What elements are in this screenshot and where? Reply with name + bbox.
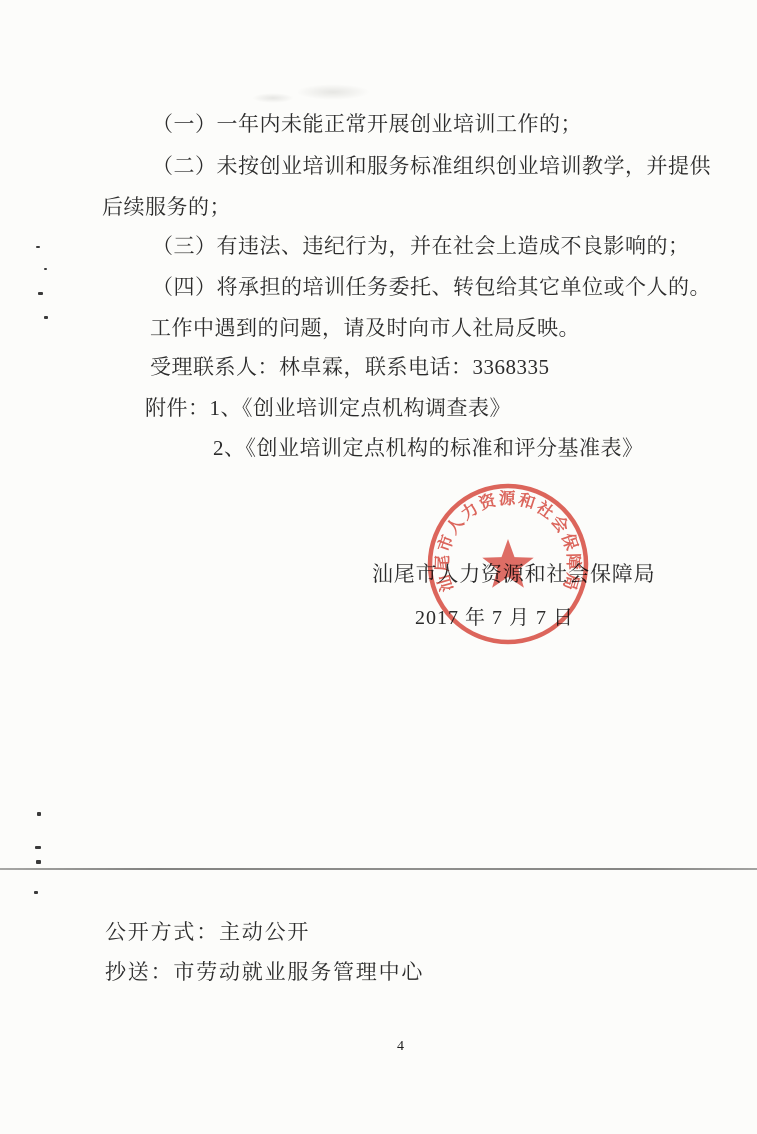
scan-smudge xyxy=(296,84,370,100)
scan-artifact-dot xyxy=(37,812,41,816)
body-line-attachment-1: 附件：1、《创业培训定点机构调查表》 xyxy=(145,395,511,421)
body-line-item-3: （三）有违法、违纪行为，并在社会上造成不良影响的； xyxy=(152,233,690,259)
page-number: 4 xyxy=(397,1039,404,1055)
scan-smudge xyxy=(252,93,294,103)
scan-artifact-dot xyxy=(34,891,38,894)
body-line-item-2: （二）未按创业培训和服务标准组织创业培训教学，并提供 xyxy=(152,153,711,179)
signature-date: 2017 年 7 月 7 日 xyxy=(415,601,574,630)
scan-artifact-dot xyxy=(44,316,48,319)
body-line-item-2-cont: 后续服务的； xyxy=(102,194,231,220)
signature-organization: 汕尾市人力资源和社会保障局 xyxy=(372,558,655,588)
footer-cc-line: 抄送：市劳动就业服务管理中心 xyxy=(105,956,424,986)
scan-artifact-dot xyxy=(35,846,41,849)
body-line-item-4: （四）将承担的培训任务委托、转包给其它单位或个人的。 xyxy=(152,274,711,300)
scan-artifact-dot xyxy=(38,292,43,295)
scan-artifact-dot xyxy=(44,268,47,270)
scanned-document-page: （一）一年内未能正常开展创业培训工作的； （二）未按创业培训和服务标准组织创业培… xyxy=(0,0,757,1134)
body-line-attachment-2: 2、《创业培训定点机构的标准和评分基准表》 xyxy=(213,435,644,461)
body-line-feedback: 工作中遇到的问题，请及时向市人社局反映。 xyxy=(150,315,580,341)
footer-disclosure-method: 公开方式：主动公开 xyxy=(105,916,310,946)
scan-artifact-dot xyxy=(36,246,40,248)
body-line-item-1: （一）一年内未能正常开展创业培训工作的； xyxy=(152,111,582,137)
body-line-contact: 受理联系人：林卓霖，联系电话：3368335 xyxy=(150,354,550,380)
footer-divider-line xyxy=(0,868,757,870)
scan-artifact-dot xyxy=(36,860,41,864)
